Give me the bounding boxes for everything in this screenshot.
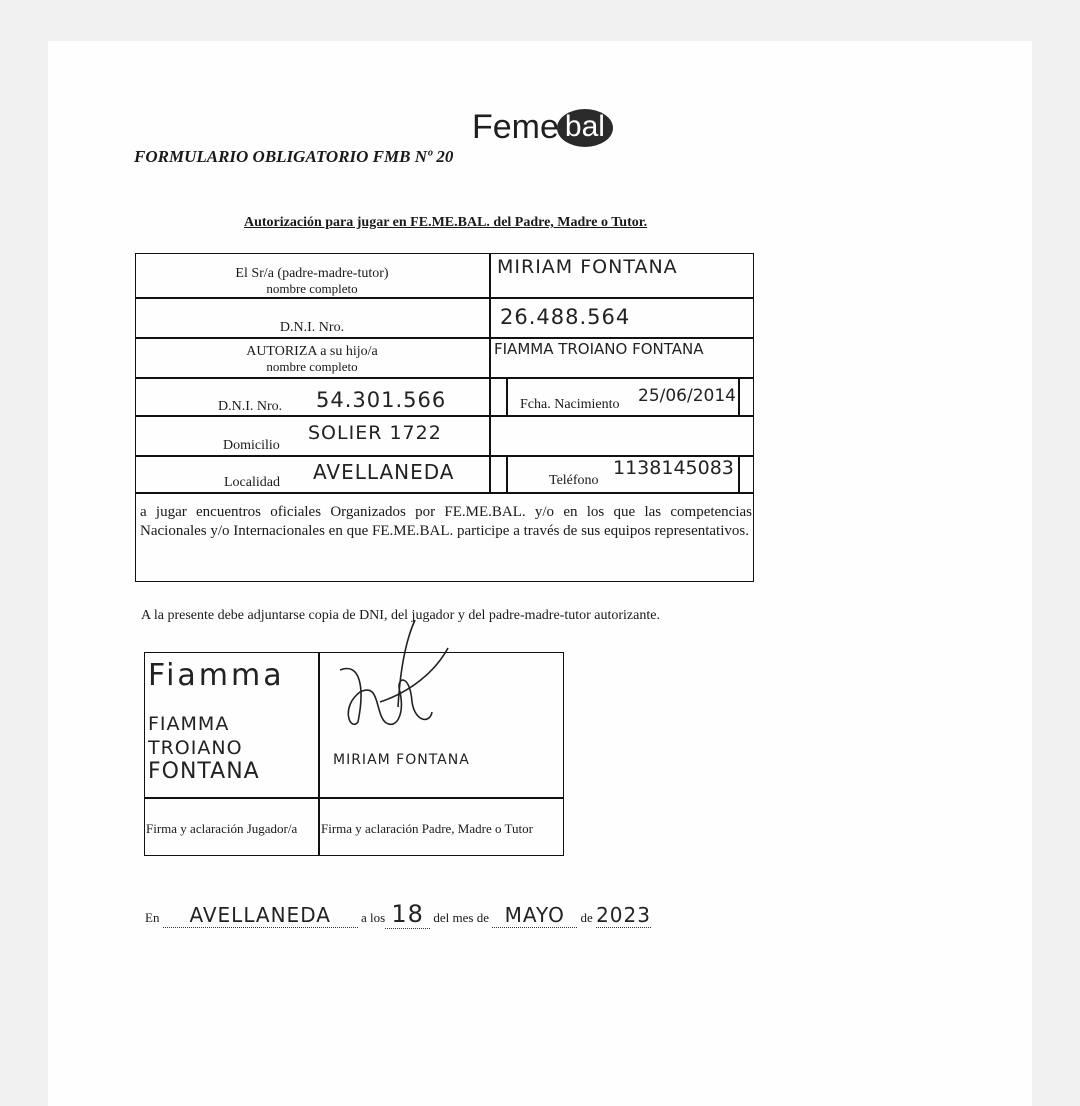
- birth-date-label: Fcha. Nacimiento: [520, 397, 620, 412]
- player-name-line: FONTANA: [148, 760, 260, 784]
- child-dni-label: D.N.I. Nro.: [218, 399, 282, 414]
- logo-text: Feme: [472, 108, 559, 147]
- tutor-label-line1: El Sr/a (padre-madre-tutor): [135, 266, 489, 281]
- player-signature-label: Firma y aclaración Jugador/a: [146, 821, 297, 837]
- player-name-line: TROIANO: [148, 736, 260, 760]
- tutor-label-line2: nombre completo: [135, 281, 489, 296]
- form-title: FORMULARIO OBLIGATORIO FMB Nº 20: [134, 147, 453, 167]
- place-field[interactable]: AVELLANEDA: [163, 903, 358, 928]
- tutor-signature-label: Firma y aclaración Padre, Madre o Tutor: [321, 821, 533, 837]
- child-label-line2: nombre completo: [135, 359, 489, 374]
- child-dni-field[interactable]: 54.301.566: [316, 388, 446, 412]
- mes-label: del mes de: [433, 910, 489, 925]
- date-line: En AVELLANEDA a los18 del mes de MAYO de…: [145, 900, 651, 929]
- player-signature: Fiamma: [148, 658, 285, 693]
- year-value: 2023: [596, 903, 651, 927]
- child-name-label: AUTORIZA a su hijo/a nombre completo: [135, 344, 489, 374]
- de-label: de: [581, 910, 593, 925]
- tutor-signature-icon: [320, 612, 460, 732]
- player-name-line: FIAMMA: [148, 712, 260, 736]
- player-printed-name: FIAMMA TROIANO FONTANA: [148, 712, 260, 784]
- en-label: En: [145, 910, 159, 925]
- address-field[interactable]: SOLIER 1722: [308, 422, 442, 444]
- tutor-name-field[interactable]: MIRIAM FONTANA: [497, 256, 678, 278]
- day-value: 18: [391, 900, 424, 928]
- femebal-logo: Femebal: [472, 108, 613, 147]
- locality-field[interactable]: AVELLANEDA: [313, 460, 454, 484]
- month-field[interactable]: MAYO: [492, 903, 577, 928]
- child-name-field[interactable]: FIAMMA TROIANO FONTANA: [494, 340, 704, 358]
- phone-label: Teléfono: [549, 473, 599, 488]
- tutor-name-label: El Sr/a (padre-madre-tutor) nombre compl…: [135, 266, 489, 296]
- month-value: MAYO: [505, 903, 565, 927]
- child-label-line1: AUTORIZA a su hijo/a: [135, 344, 489, 359]
- form-subtitle: Autorización para jugar en FE.ME.BAL. de…: [244, 215, 647, 231]
- day-field[interactable]: 18: [385, 900, 430, 929]
- authorization-text: a jugar encuentros oficiales Organizados…: [140, 503, 752, 541]
- locality-label: Localidad: [224, 475, 280, 490]
- tutor-dni-label: D.N.I. Nro.: [135, 320, 489, 335]
- phone-field[interactable]: 1138145083: [613, 457, 734, 479]
- tutor-printed-name: MIRIAM FONTANA: [333, 752, 470, 768]
- a-los-label: a los: [361, 910, 385, 925]
- tutor-dni-field[interactable]: 26.488.564: [500, 305, 630, 329]
- logo-ball-icon: bal: [557, 109, 613, 147]
- year-field[interactable]: 2023: [596, 903, 651, 928]
- address-label: Domicilio: [223, 438, 280, 453]
- place-value: AVELLANEDA: [189, 903, 330, 927]
- birth-date-field[interactable]: 25/06/2014: [638, 386, 736, 406]
